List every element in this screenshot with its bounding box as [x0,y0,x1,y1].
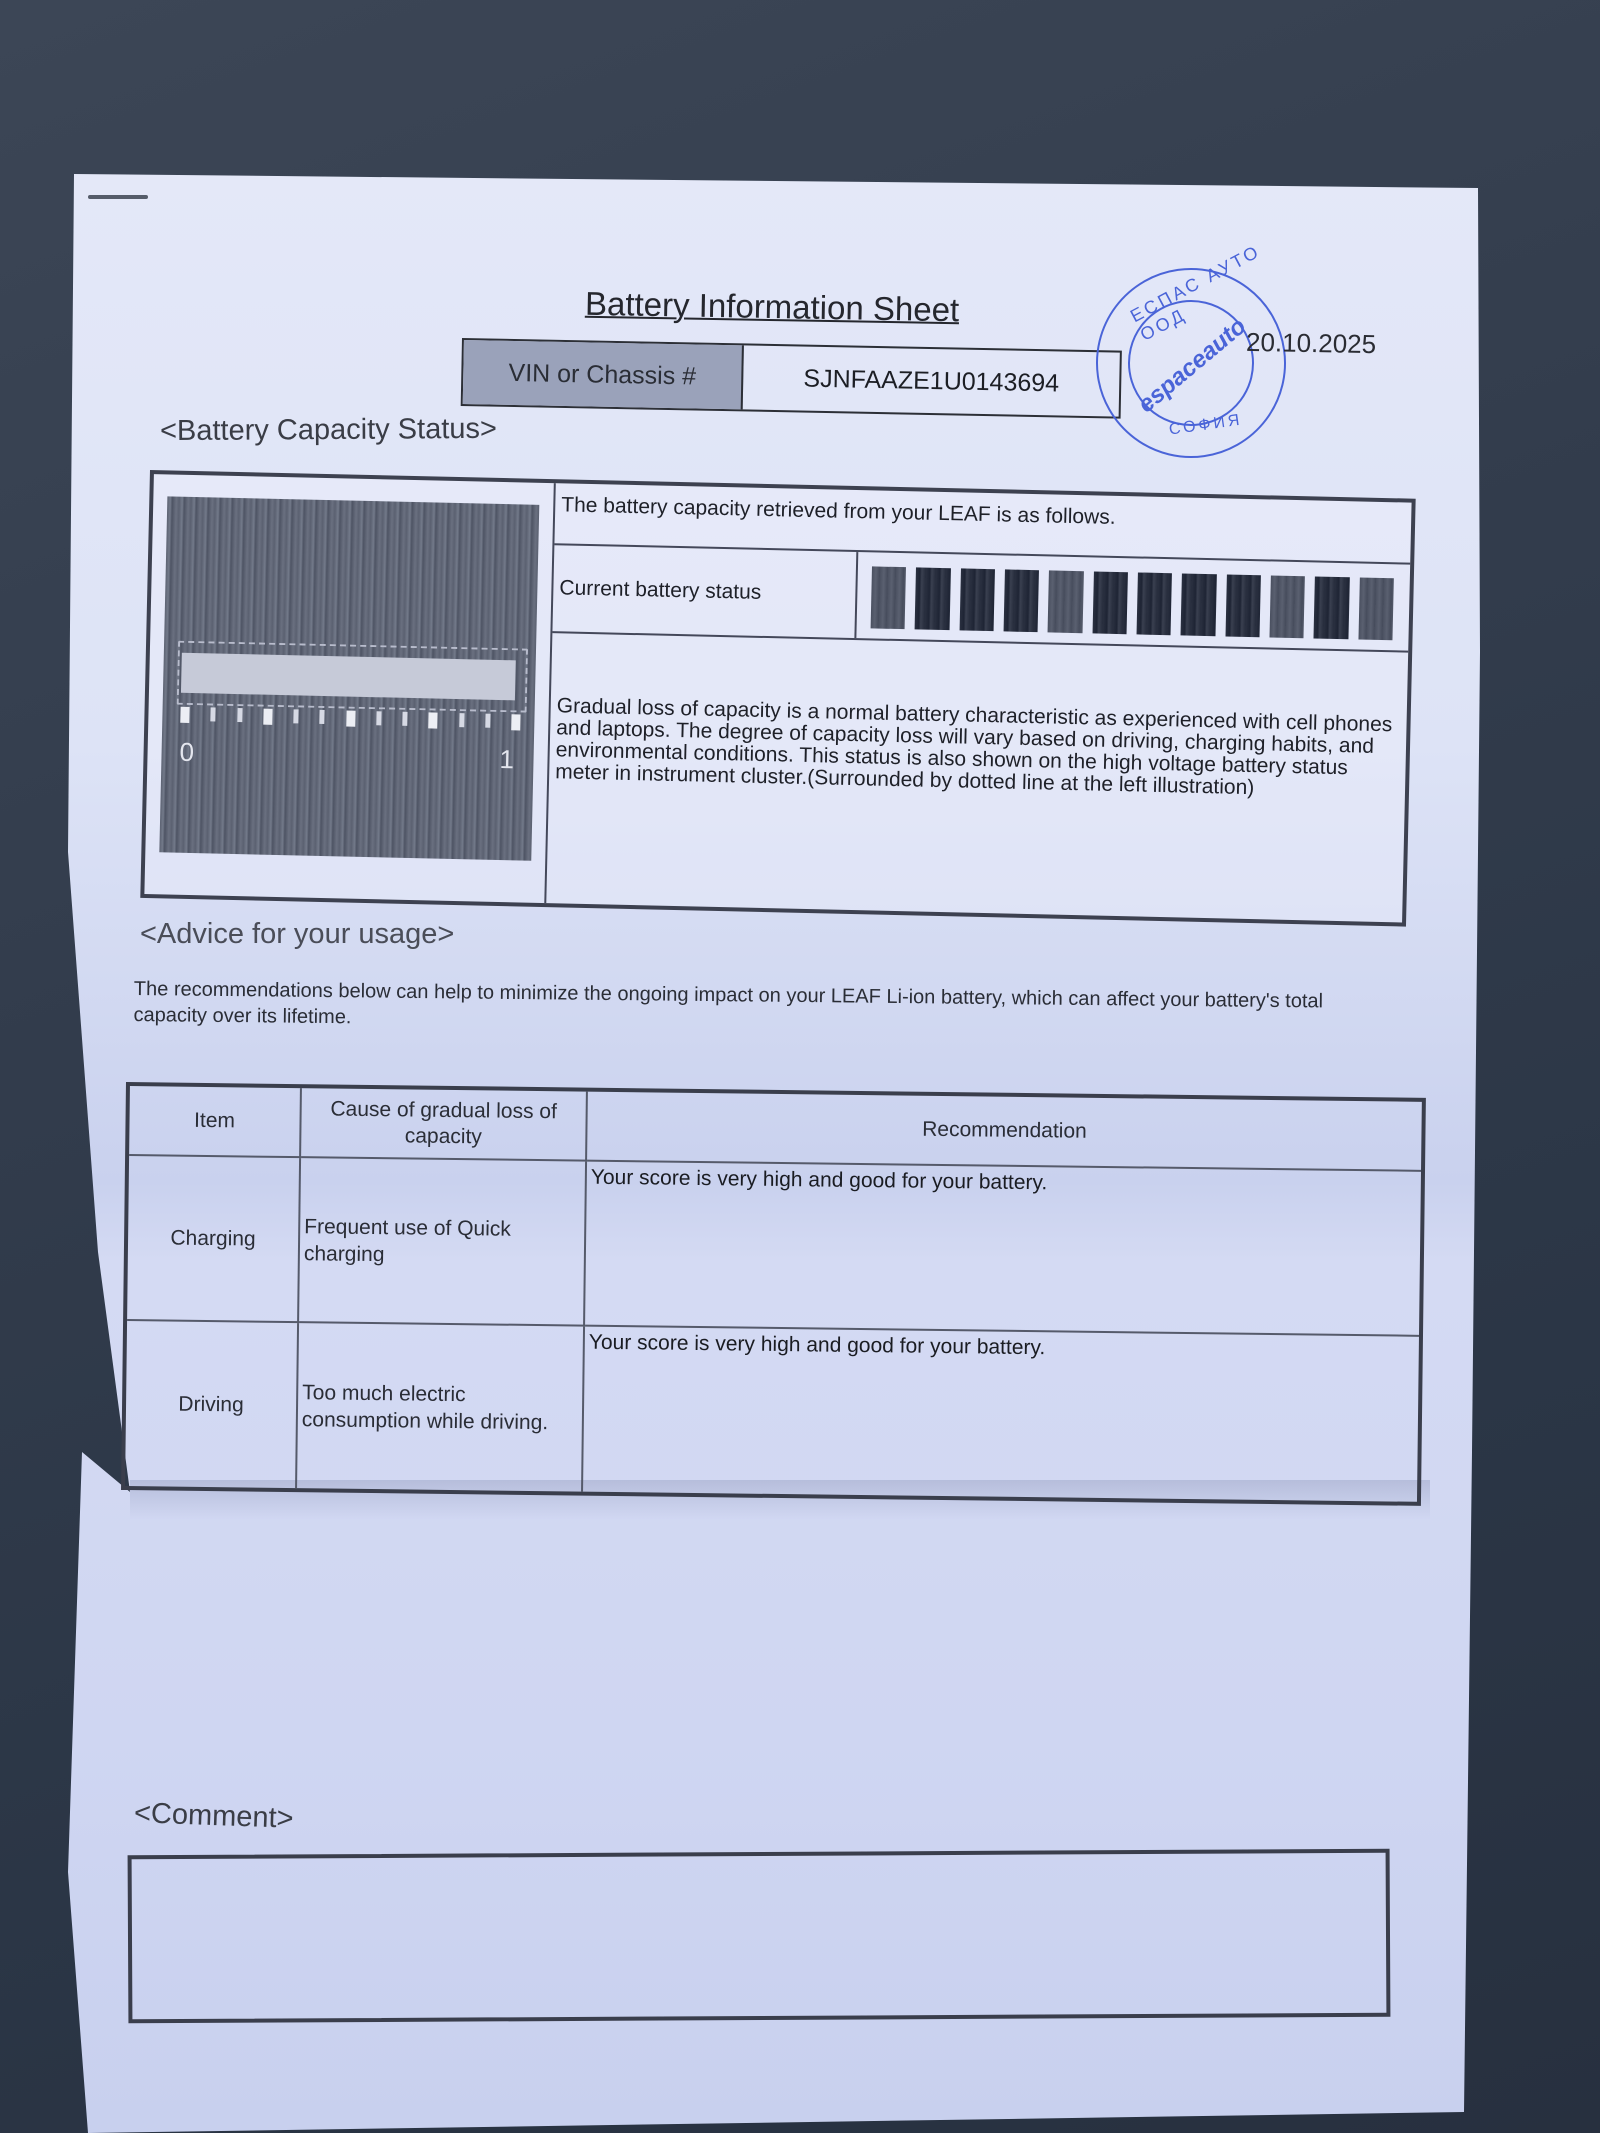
battery-status-bars [856,552,1410,651]
header-item: Item [129,1086,302,1158]
battery-bar-segment [959,568,995,631]
advice-heading: <Advice for your usage> [140,918,454,951]
comment-box [128,1849,1391,2024]
battery-bar-segment [1092,571,1128,634]
table-row-cause: Too much electric consumption while driv… [297,1323,585,1491]
battery-bar-segment [871,566,907,629]
table-row-cause: Frequent use of Quick charging [299,1158,587,1326]
comment-heading: <Comment> [133,1797,294,1836]
table-row-item: Charging [127,1156,301,1323]
battery-bar-segment [1314,576,1350,639]
document-date: 20.10.2025 [1246,327,1377,360]
capacity-heading: <Battery Capacity Status> [160,413,497,448]
battery-bar-segment [1004,569,1040,632]
capacity-info: The battery capacity retrieved from your… [544,483,1411,922]
table-row-recommendation: Your score is very high and good for you… [585,1162,1421,1337]
meter-fill-bar [181,653,516,701]
table-row-recommendation: Your score is very high and good for you… [583,1327,1419,1502]
battery-bar-segment [1048,570,1084,633]
vin-table: VIN or Chassis # SJNFAAZE1U0143694 [461,338,1122,419]
battery-status-label: Current battery status [552,545,858,638]
vin-value: SJNFAAZE1U0143694 [743,345,1120,416]
meter-min-label: 0 [179,737,194,768]
header-recommendation: Recommendation [587,1092,1422,1172]
vin-label: VIN or Chassis # [463,340,744,409]
battery-bar-segment [1358,577,1394,640]
recommendation-table: Item Cause of gradual loss of capacity R… [121,1082,1426,1506]
capacity-description: Gradual loss of capacity is a normal bat… [549,633,1408,802]
table-row-item: Driving [125,1321,299,1488]
meter-illustration: 0 1 [159,496,539,860]
battery-bar-segment [915,567,951,630]
battery-bar-segment [1269,575,1305,638]
meter-max-label: 1 [499,744,514,775]
battery-bar-segment [1181,573,1217,636]
capacity-status-box: 0 1 The battery capacity retrieved from … [140,470,1415,927]
battery-bar-segment [1225,574,1261,637]
battery-bar-segment [1136,572,1172,635]
header-cause: Cause of gradual loss of capacity [301,1088,588,1161]
document-title: Battery Information Sheet [585,285,960,330]
staple-mark [88,195,148,199]
